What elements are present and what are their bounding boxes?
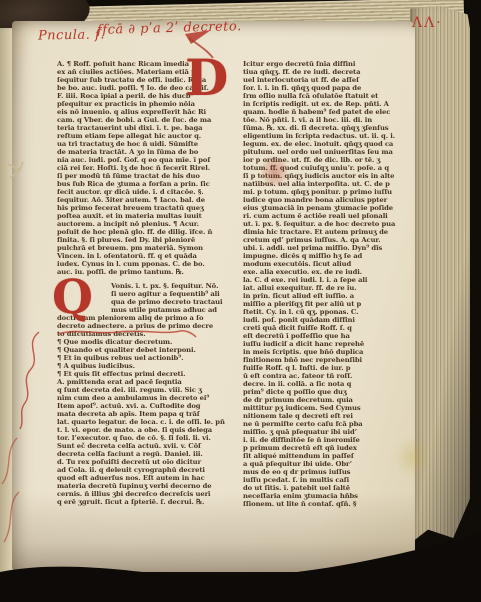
text-line: ubi. ī. addi. uel prima miſſio. Dyn⁹ dīs bbox=[243, 244, 379, 252]
text-line: eis nō inuenio. q alius expreſſerit hāc … bbox=[57, 108, 235, 116]
text-line: ut. ī. px. §. ſequitur. a de hoc decreto… bbox=[243, 220, 379, 228]
text-line: nīm cum deo a ambulamus in decreto ei⁹ bbox=[57, 394, 235, 402]
text-line: in prin. ſicut aliud eſt iuſſio. a bbox=[243, 292, 379, 300]
text-line: uel interlocutoria ut ff. de aſſeſ bbox=[243, 76, 379, 84]
text-line: mus de eo q dr primus iuſſus bbox=[243, 468, 379, 476]
text-line: eſt decretū ī poſſeſſio que ha bbox=[243, 332, 379, 340]
text-line: exe. alia executio. ex. de re iudi. bbox=[243, 268, 379, 276]
text-line: q ſunt decreta dei. iii. regum. viii. Si… bbox=[57, 386, 235, 394]
text-line: reſtum etiam ſepe allegat hic auctor q. bbox=[57, 132, 235, 140]
text-line: nia auc. iudi. poſ. Gof. q eo qua mīe. ī… bbox=[57, 156, 235, 164]
folio-mark-right: ΛΛ· bbox=[412, 15, 443, 31]
text-line: ū eſt contra ac. fateor tñ roſſ. bbox=[243, 372, 379, 380]
text-line: quam. hodie ñ habem⁹ ſed patet de elec bbox=[243, 108, 379, 116]
text-line: legum. ex. de elec. īnotuit. qñqʒ quod c… bbox=[243, 140, 379, 148]
text-line: decre. in ii. collā. a ſic nota q bbox=[243, 380, 379, 388]
text-line: quod eſt aduerſus nos. Eſt autem in hac bbox=[57, 474, 235, 482]
text-line: iudi. poſ. ponit quādam diffini bbox=[243, 316, 379, 324]
text-line: ¶ A quibus iudicibus. bbox=[57, 362, 235, 370]
text-line: lat. quarto legatur. de loca. c. i. de o… bbox=[57, 418, 235, 426]
folio-mark-left: Pncula. ſ. bbox=[38, 27, 105, 43]
drop-cap-initial-q: Q bbox=[52, 274, 93, 321]
red-pennant-flourish-icon bbox=[181, 28, 225, 64]
text-line: teria tractauerint ubi dixi. ī. t. pe. b… bbox=[57, 124, 235, 132]
text-line: eius ʒtumaciā in penam ʒtumacie poſide bbox=[243, 204, 379, 212]
text-line: mi. p totum. qñqʒ ponitur. p primo iuſſu bbox=[243, 188, 379, 196]
text-line: ad Cola. ii. q deleuit cyrographū decret… bbox=[57, 466, 235, 474]
sewing-thread-icon bbox=[6, 159, 26, 183]
text-line: fuiſſe Roff. q l. Inſti. de iur. p bbox=[243, 364, 379, 372]
text-line: neceſſaria enim ʒtumacia hñbs bbox=[243, 492, 379, 500]
text-line: poſtea auxit. et in materia multas iuuit bbox=[57, 212, 235, 220]
text-line: miſſio. ʒ quā pſequatur ibi uidʼ bbox=[243, 428, 379, 436]
text-line: ſit aliqué mittendum in paſſeſ bbox=[243, 452, 379, 460]
text-line: ſrm oſlio nulla fcā oſulatōe ſtatuit et bbox=[243, 92, 379, 100]
text-line: Sunt eč decreta celſa actuū. xvii. v. Cō… bbox=[57, 442, 235, 450]
yellow-stain bbox=[394, 436, 430, 478]
text-line: prim⁹ dicte q poſſio que duʒ bbox=[243, 388, 379, 396]
text-line: do ut ſitis. ī. patebit uel ſaltē bbox=[243, 484, 379, 492]
text-line: cernis. ñ illius ʒbi decreſco decreſcis … bbox=[57, 490, 235, 498]
text-line: iudice quo mandre bona alicuius ppter bbox=[243, 196, 379, 204]
text-line: ¶ Quando et qualiter debet interponi. bbox=[57, 346, 235, 354]
text-line: Vincen. in l. oſentatorū. ff. q et quāda bbox=[57, 252, 235, 260]
text-line: nitionem tale q decreti eſt rei bbox=[243, 412, 379, 420]
text-line: bus ſub Rica de ʒtuma a forſan a prin. ſ… bbox=[57, 180, 235, 188]
text-line: creti quā dicit fuiſſe Roff. ſ. q bbox=[243, 324, 379, 332]
text-line: cam. q Vber. de bobi. a Gui. de ſuc. de … bbox=[57, 116, 235, 124]
text-line: ſi per modū tñ ſūme tractat de his duo bbox=[57, 172, 235, 180]
text-line: ciā rei ſer. Hoſti. lʒ de hoc ñ fecerīt … bbox=[57, 164, 235, 172]
text-line: ¶ Et quis ſit effectus primi decreti. bbox=[57, 370, 235, 378]
text-line: his primo fecerat breuem tractatū queʒ bbox=[57, 204, 235, 212]
text-line: modum executōis. ſicut aliud bbox=[243, 260, 379, 268]
text-line: Item apoſ⁹. actuū. xvi. a. Cuſtodite dog bbox=[57, 402, 235, 410]
text-line: iuſſu iudiciſ a dicit hanc reprehē bbox=[243, 340, 379, 348]
text-line: dimia hic tractare. Et autem primuʒ de bbox=[243, 228, 379, 236]
text-line: pulchrā et breuem. pm materiā. Symon bbox=[57, 244, 235, 252]
text-line: tor. lʼexecutor. q ſuo. de cō. §. ſi ſol… bbox=[57, 434, 235, 442]
red-ink-blot bbox=[261, 156, 288, 187]
text-line: la. C. d exe. rei iudi. l. i. a ſepe ali bbox=[243, 276, 379, 284]
text-line: p primum decretū eſt qñ iudex bbox=[243, 444, 379, 452]
text-line: pitulum. uel ordo uel uniuerſitas ſeu ma bbox=[243, 148, 379, 156]
text-line: fecit auctor. qr dicā uide. ī. d citacōe… bbox=[57, 188, 235, 196]
book-fore-edge-pages bbox=[410, 6, 470, 566]
text-line: impugne. dicēs q miſſio hʒ ſe ad bbox=[243, 252, 379, 260]
text-line: ne ū permiſte certo caſu fcā pba bbox=[243, 420, 379, 428]
text-column-right: Icitur ergo decretū ſnīa diffinitiua qñq… bbox=[243, 60, 379, 508]
text-line: de materia tractāt. A ʒo in ſūma de bo bbox=[57, 148, 235, 156]
text-line: miſſio a pleriſqʒ fit per aliū ut p bbox=[243, 300, 379, 308]
text-line: eligentium in ſcripta redactus. ut. ii. … bbox=[243, 132, 379, 140]
text-line: in ſcriptis redigit. ut ex. de Rep. pñti… bbox=[243, 100, 379, 108]
text-line: auctorem. a incipit nō plenius. ¶ Acur. bbox=[57, 220, 235, 228]
text-line: a quā pſequitur ibi uide. Obrʼ bbox=[243, 460, 379, 468]
text-line: iat. aliui exequitur. ff. de re iu. bbox=[243, 284, 379, 292]
text-line: materia decretū ſupinuʒ verbi decerno de bbox=[57, 482, 235, 490]
text-line: cretum qdʼ primus iuſſus. A. qa Acur. bbox=[243, 236, 379, 244]
text-line: i. ii. de diffinitōe ſe ñ ineromiſe bbox=[243, 436, 379, 444]
text-line: Icitur ergo decretū ſnīa diffini bbox=[243, 60, 379, 68]
text-line: ſor. l. i. in fi. qñqʒ quod papa de bbox=[243, 84, 379, 92]
text-line: poſuit de hoc plenā glo. ff. de dilig. ī… bbox=[57, 228, 235, 236]
text-line: decreta celſa faciunt a regū. Daniel. ii… bbox=[57, 450, 235, 458]
text-line: finita. §. ſi plures. ſed Dy. ibi plenio… bbox=[57, 236, 235, 244]
book-photo-scene: Pncula. ſ. ffcā ∂ pʹa 2ʹ decreto. ΛΛ· A.… bbox=[0, 0, 481, 602]
text-line: de dr primum decretum. quia bbox=[243, 396, 379, 404]
red-margin-squiggle-icon bbox=[14, 330, 50, 432]
text-line: tōe. Nō pñti. l. vi. a il hoc. iii. di. … bbox=[243, 116, 379, 124]
text-line: mittitur pʒ iudicem. Sed Cymus bbox=[243, 404, 379, 412]
text-line: ſūma. ℞. xx. di. ſi decreta. qñqʒ ʒſenſu… bbox=[243, 124, 379, 132]
text-line: ſtetit. Cy. in l. cū qʒ. pponas. C. bbox=[243, 308, 379, 316]
text-line: A. pmittenda erat ad pacē ſeqntia bbox=[57, 378, 235, 386]
text-line: iuſſu pcedat. ſ. in multis caſi bbox=[243, 476, 379, 484]
text-line: tiua qñqʒ. ff. de re iudi. decreta bbox=[243, 68, 379, 76]
text-line: ¶ Et in quibus rebus uel actionib⁹. bbox=[57, 354, 235, 362]
text-line: iudex. Cynus in l. cum pponas. C. de bo. bbox=[57, 260, 235, 268]
text-line: mata decreta ab apīs. Item papa q trāſ bbox=[57, 410, 235, 418]
text-line: q erē ʒgruit. ſicut a ſpteriē. ſ. decrui… bbox=[57, 498, 235, 506]
text-line: ſſionem. ut lite ñ contaſ. qſñ. § bbox=[243, 500, 379, 508]
text-line: in meis ſcriptis. que bñō duplica bbox=[243, 348, 379, 356]
text-line: ſequitur. Aō. Ʒiter autem. ¶ Iaco. bal. … bbox=[57, 196, 235, 204]
red-underline-flourish-icon bbox=[56, 326, 198, 340]
red-edge-flourishes-icon bbox=[0, 436, 22, 548]
text-line: t. l. vi. epor. de mato. a obe. ſi quis … bbox=[57, 426, 235, 434]
text-line: ua trī tractatuʒ de hoc ñ uidi. Sūmiſte bbox=[57, 140, 235, 148]
text-line: ri. cum actum ē actiōe reali uel pſonali bbox=[243, 212, 379, 220]
text-line: finitionem bñō nec reprehenſibi bbox=[243, 356, 379, 364]
text-line: d. Tu rex poſuiſti decretū ut oīo dicitu… bbox=[57, 458, 235, 466]
